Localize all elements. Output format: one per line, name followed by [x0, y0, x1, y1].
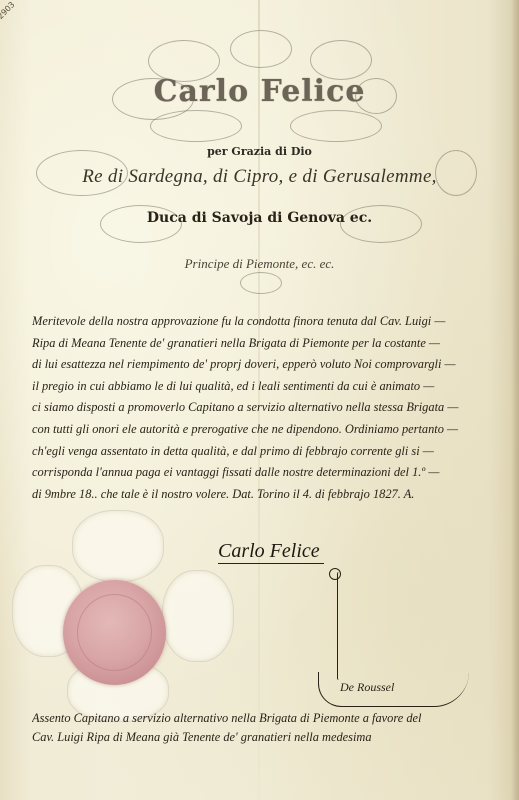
body-line: di lui esattezza nel riempimento de' pro… [32, 354, 502, 376]
flourish-ornament [240, 272, 282, 294]
registration-note: Assento Capitano a servizio alternativo … [32, 709, 502, 747]
body-line-dateline: di 9mbre 18.. che tale è il nostro voler… [32, 484, 502, 506]
flourish-ornament [230, 30, 292, 68]
footer-line: Assento Capitano a servizio alternativo … [32, 709, 502, 728]
rosette-petal [72, 510, 164, 582]
flourish-ornament [150, 110, 242, 142]
body-line: Ripa di Meana Tenente de' granatieri nel… [32, 333, 502, 355]
rosette-petal [162, 570, 234, 662]
document-title: Carlo Felice [0, 74, 519, 109]
sovereign-signature: Carlo Felice [218, 540, 324, 564]
signature-flourish-stroke [337, 572, 341, 680]
flourish-ornament [290, 110, 382, 142]
royal-titles: Re di Sardegna, di Cipro, e di Gerusalem… [0, 166, 519, 188]
ducal-titles: Duca di Savoja di Genova ec. [0, 210, 519, 226]
body-line: Meritevole della nostra approvazione fu … [32, 311, 502, 333]
body-line: ci siamo disposti a promoverlo Capitano … [32, 397, 502, 419]
wax-seal [63, 580, 166, 685]
per-grazia-di-dio: per Grazia di Dio [0, 145, 519, 158]
body-line: con tutti gli onori ele autorità e prero… [32, 419, 502, 441]
footer-line: Cav. Luigi Ripa di Meana già Tenente de'… [32, 728, 502, 747]
seal-emblem [77, 594, 152, 671]
body-line: il pregio in cui abbiamo le di lui quali… [32, 376, 502, 398]
countersignature: De Roussel [340, 680, 394, 695]
body-line: corrisponda l'annua paga ei vantaggi fis… [32, 462, 502, 484]
paper-edge [511, 0, 519, 800]
decree-body: Meritevole della nostra approvazione fu … [32, 311, 502, 505]
principality-title: Principe di Piemonte, ec. ec. [0, 256, 519, 272]
body-line: ch'egli venga assentato in detta qualità… [32, 441, 502, 463]
